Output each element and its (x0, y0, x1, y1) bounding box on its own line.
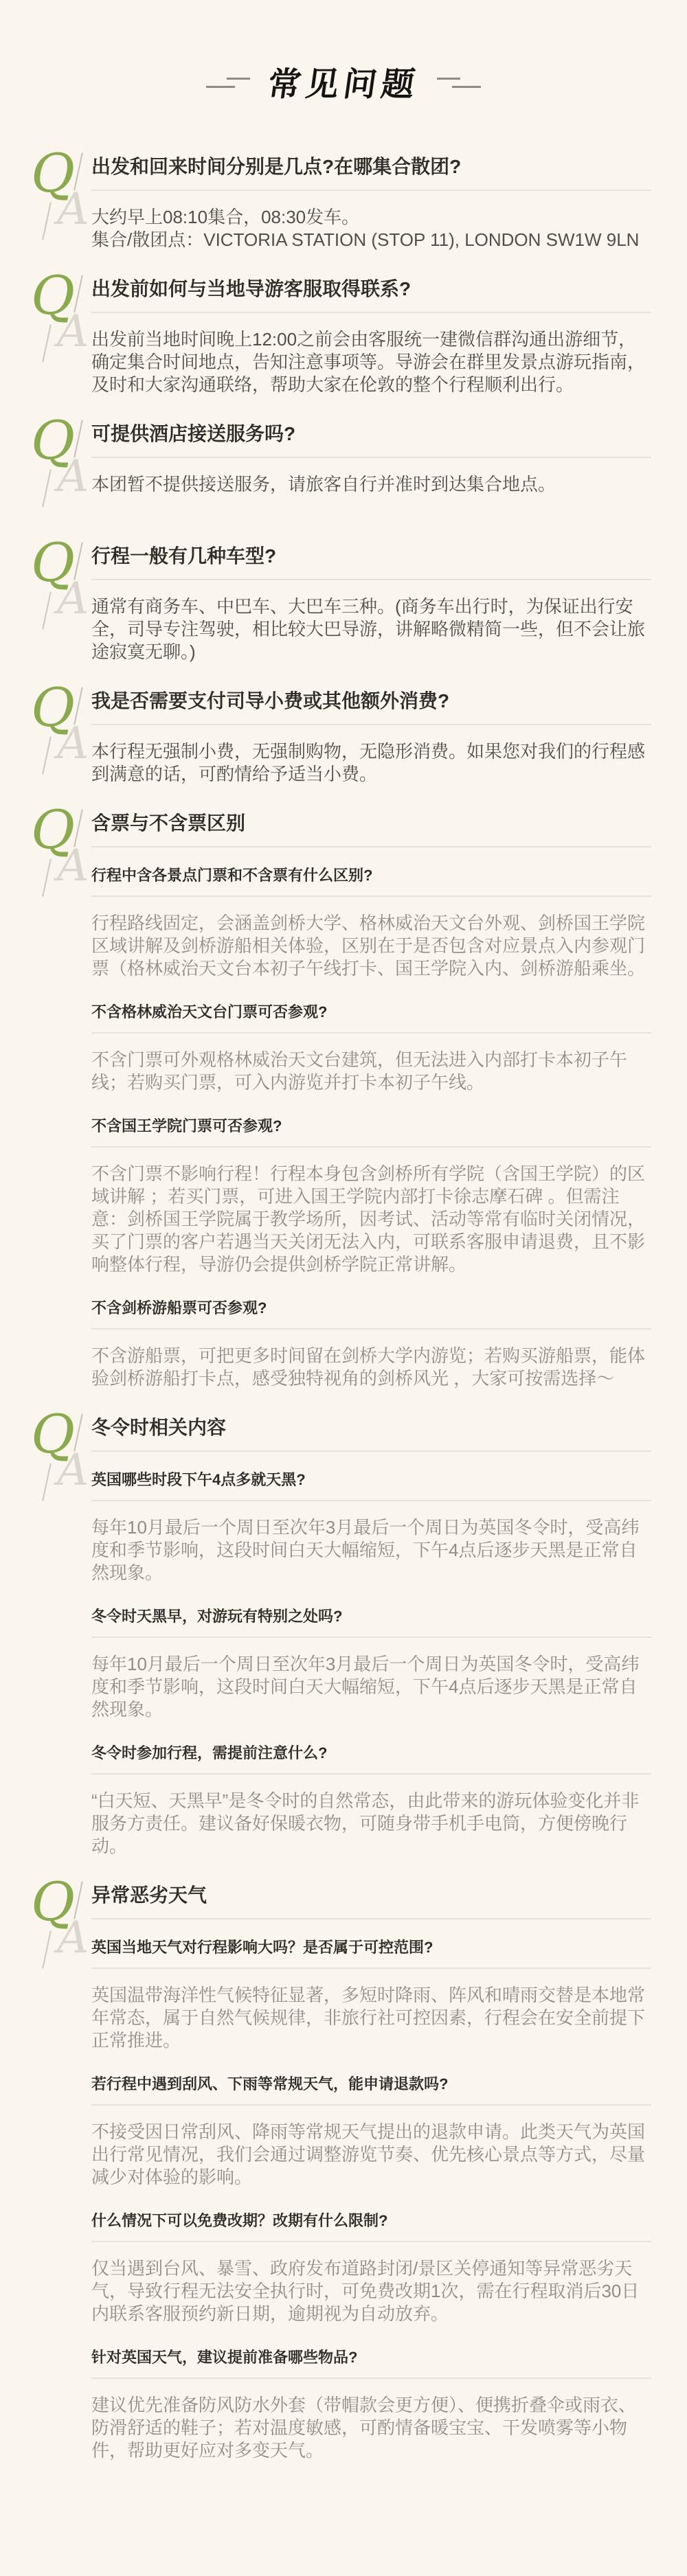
sub-question-title: 针对英国天气，建议提前准备哪些物品? (91, 2347, 651, 2368)
a-glyph: A (57, 187, 89, 231)
answer-paragraph: 大约早上08:10集合，08:30发车。 (91, 206, 651, 229)
faq-page: 常见问题 Q A 出发和回来时间分别是几点?在哪集合散团? 大约早上08:10集… (0, 0, 687, 2576)
sub-qa: 针对英国天气，建议提前准备哪些物品? 建议优先准备防风防水外套（带帽款会更方便）… (91, 2347, 651, 2462)
qa-block: Q A 出发前如何与当地导游客服取得联系? 出发前当地时间晚上12:00之前会由… (0, 277, 687, 396)
qa-body: 我是否需要支付司导小费或其他额外消费? 本行程无强制小费，无强制购物，无隐形消费… (91, 689, 651, 786)
answer-paragraph: “白天短、天黑早”是冬令时的自然常态，由此带来的游玩体验变化并非服务方责任。建议… (91, 1790, 651, 1858)
a-glyph: A (57, 455, 89, 499)
answer-paragraph: 不含门票可外观格林威治天文台建筑，但无法进入内部打卡本初子午线；若购买门票，可入… (91, 1049, 651, 1094)
divider (91, 2104, 651, 2106)
a-glyph: A (57, 1448, 89, 1492)
divider (91, 1918, 651, 1919)
answer-paragraph: 仅当遇到台风、暴雪、政府发布道路封闭/景区关停通知等异常恶劣天气，导致行程无法安… (91, 2257, 651, 2325)
divider (91, 1968, 651, 1969)
dash-line (206, 86, 235, 88)
answer-paragraph: 行程路线固定，会涵盖剑桥大学、格林威治天文台外观、剑桥国王学院区域讲解及剑桥游船… (91, 912, 651, 980)
answer-paragraph: 集合/散团点：VICTORIA STATION (STOP 11), LONDO… (91, 229, 651, 251)
sub-qa: 不含格林威治天文台门票可否参观? 不含门票可外观格林威治天文台建筑，但无法进入内… (91, 1002, 651, 1094)
qa-body: 出发前如何与当地导游客服取得联系? 出发前当地时间晚上12:00之前会由客服统一… (91, 277, 651, 396)
qa-block: Q A 可提供酒店接送服务吗? 本团暂不提供接送服务，请旅客自行并准时到达集合地… (0, 422, 687, 518)
sub-qa: 英国当地天气对行程影响大吗？是否属于可控范围? 英国温带海洋性气候特征显著，多短… (91, 1937, 651, 2052)
question-title: 含票与不含票区别 (91, 812, 651, 835)
divider (91, 846, 651, 847)
divider (91, 724, 651, 725)
qa-monogram: Q A (31, 422, 91, 518)
slash-icon (42, 469, 52, 507)
answer-paragraph: 本行程无强制小费，无强制购物，无隐形消费。如果您对我们的行程感到满意的话，可酌情… (91, 740, 651, 786)
qa-block: Q A 含票与不含票区别 行程中含各景点门票和不含票有什么区别? 行程路线固定，… (0, 812, 687, 1390)
page-header: 常见问题 (0, 0, 687, 107)
qa-monogram: Q A (31, 545, 91, 641)
divider (91, 457, 651, 458)
qa-monogram: Q A (31, 1416, 91, 1512)
sub-question-title: 行程中含各景点门票和不含票有什么区别? (91, 865, 651, 886)
sub-question-title: 英国哪些时段下午4点多就天黑? (91, 1470, 651, 1490)
slash-icon (42, 324, 52, 362)
qa-monogram: Q A (31, 1884, 91, 1980)
title-ornament-left (206, 71, 251, 99)
question-title: 行程一般有几种车型? (91, 545, 651, 568)
qa-body: 行程一般有几种车型? 通常有商务车、中巴车、大巴车三种。(商务车出行时，为保证出… (91, 545, 651, 663)
qa-body: 出发和回来时间分别是几点?在哪集合散团? 大约早上08:10集合，08:30发车… (91, 155, 651, 251)
divider (91, 1637, 651, 1638)
divider (91, 579, 651, 580)
a-glyph: A (57, 310, 89, 354)
qa-block: Q A 我是否需要支付司导小费或其他额外消费? 本行程无强制小费，无强制购物，无… (0, 689, 687, 786)
sub-qa: 行程中含各景点门票和不含票有什么区别? 行程路线固定，会涵盖剑桥大学、格林威治天… (91, 865, 651, 980)
faq-list: Q A 出发和回来时间分别是几点?在哪集合散团? 大约早上08:10集合，08:… (0, 107, 687, 2462)
qa-monogram: Q A (31, 812, 91, 908)
answer-paragraph: 本团暂不提供接送服务，请旅客自行并准时到达集合地点。 (91, 473, 651, 496)
sub-question-title: 英国当地天气对行程影响大吗？是否属于可控范围? (91, 1937, 651, 1958)
qa-body: 可提供酒店接送服务吗? 本团暂不提供接送服务，请旅客自行并准时到达集合地点。 (91, 422, 651, 518)
qa-block: Q A 行程一般有几种车型? 通常有商务车、中巴车、大巴车三种。(商务车出行时，… (0, 545, 687, 663)
answer-paragraph: 不接受因日常刮风、降雨等常规天气提出的退款申请。此类天气为英国出行常见情况，我们… (91, 2121, 651, 2189)
sub-qa: 冬令时天黑早，对游玩有特别之处吗? 每年10月最后一个周日至次年3月最后一个周日… (91, 1606, 651, 1721)
answer-paragraph: 每年10月最后一个周日至次年3月最后一个周日为英国冬令时，受高纬度和季节影响，这… (91, 1653, 651, 1721)
slash-icon (42, 1463, 52, 1501)
sub-question-title: 冬令时参加行程，需提前注意什么? (91, 1743, 651, 1764)
qa-monogram: Q A (31, 277, 91, 374)
answer-paragraph: 每年10月最后一个周日至次年3月最后一个周日为英国冬令时，受高纬度和季节影响，这… (91, 1516, 651, 1584)
question-title: 冬令时相关内容 (91, 1416, 651, 1439)
answer-paragraph: 通常有商务车、中巴车、大巴车三种。(商务车出行时，为保证出行安全，司导专注驾驶，… (91, 595, 651, 663)
question-title: 可提供酒店接送服务吗? (91, 422, 651, 446)
answer-paragraph: 不含门票不影响行程！行程本身包含剑桥所有学院（含国王学院）的区域讲解 ；若买门票… (91, 1163, 651, 1276)
answer-paragraph: 英国温带海洋性气候特征显著，多短时降雨、阵风和晴雨交替是本地常年常态，属于自然气… (91, 1984, 651, 2052)
dash-line (437, 78, 460, 80)
slash-icon (42, 591, 52, 629)
divider (91, 1146, 651, 1148)
question-title: 出发前如何与当地导游客服取得联系? (91, 277, 651, 301)
sub-qa: 不含剑桥游船票可否参观? 不含游船票，可把更多时间留在剑桥大学内游览；若购买游船… (91, 1298, 651, 1390)
sub-question-title: 若行程中遇到刮风、下雨等常规天气，能申请退款吗? (91, 2074, 651, 2095)
divider (91, 1450, 651, 1452)
qa-body: 含票与不含票区别 行程中含各景点门票和不含票有什么区别? 行程路线固定，会涵盖剑… (91, 812, 651, 1390)
a-glyph: A (57, 722, 89, 766)
sub-qa: 冬令时参加行程，需提前注意什么? “白天短、天黑早”是冬令时的自然常态，由此带来… (91, 1743, 651, 1858)
qa-body: 冬令时相关内容 英国哪些时段下午4点多就天黑? 每年10月最后一个周日至次年3月… (91, 1416, 651, 1858)
page-title: 常见问题 (264, 63, 422, 107)
dash-line (227, 78, 250, 80)
slash-icon (42, 1930, 52, 1968)
sub-question-title: 不含格林威治天文台门票可否参观? (91, 1002, 651, 1023)
slash-icon (42, 202, 52, 240)
divider (91, 896, 651, 897)
qa-body: 异常恶劣天气 英国当地天气对行程影响大吗？是否属于可控范围? 英国温带海洋性气候… (91, 1884, 651, 2462)
slash-icon (42, 736, 52, 774)
divider (91, 1500, 651, 1501)
answer-paragraph: 建议优先准备防风防水外套（带帽款会更方便）、便携折叠伞或雨衣、防滑舒适的鞋子；若… (91, 2394, 651, 2462)
answer-paragraph: 不含游船票，可把更多时间留在剑桥大学内游览；若购买游船票，能体验剑桥游船打卡点，… (91, 1345, 651, 1390)
qa-monogram: Q A (31, 689, 91, 786)
sub-question-title: 不含剑桥游船票可否参观? (91, 1298, 651, 1319)
answer-paragraph: 出发前当地时间晚上12:00之前会由客服统一建微信群沟通出游细节，确定集合时间地… (91, 328, 651, 396)
sub-question-title: 冬令时天黑早，对游玩有特别之处吗? (91, 1606, 651, 1627)
divider (91, 2378, 651, 2379)
divider (91, 2241, 651, 2242)
sub-qa: 不含国王学院门票可否参观? 不含门票不影响行程！行程本身包含剑桥所有学院（含国王… (91, 1116, 651, 1276)
divider (91, 1032, 651, 1034)
sub-qa: 什么情况下可以免费改期？改期有什么限制? 仅当遇到台风、暴雪、政府发布道路封闭/… (91, 2211, 651, 2325)
question-title: 异常恶劣天气 (91, 1884, 651, 1907)
divider (91, 1773, 651, 1775)
sub-question-title: 什么情况下可以免费改期？改期有什么限制? (91, 2211, 651, 2231)
sub-question-title: 不含国王学院门票可否参观? (91, 1116, 651, 1137)
qa-block: Q A 出发和回来时间分别是几点?在哪集合散团? 大约早上08:10集合，08:… (0, 155, 687, 251)
title-ornament-right (436, 71, 481, 99)
a-glyph: A (57, 577, 89, 621)
question-title: 我是否需要支付司导小费或其他额外消费? (91, 689, 651, 713)
dash-line (452, 86, 481, 88)
a-glyph: A (57, 844, 89, 888)
divider (91, 312, 651, 313)
question-title: 出发和回来时间分别是几点?在哪集合散团? (91, 155, 651, 179)
divider (91, 1328, 651, 1330)
qa-monogram: Q A (31, 155, 91, 251)
divider (91, 190, 651, 191)
sub-qa: 英国哪些时段下午4点多就天黑? 每年10月最后一个周日至次年3月最后一个周日为英… (91, 1470, 651, 1584)
sub-qa: 若行程中遇到刮风、下雨等常规天气，能申请退款吗? 不接受因日常刮风、降雨等常规天… (91, 2074, 651, 2189)
slash-icon (42, 858, 52, 896)
qa-block: Q A 异常恶劣天气 英国当地天气对行程影响大吗？是否属于可控范围? 英国温带海… (0, 1884, 687, 2462)
a-glyph: A (57, 1916, 89, 1960)
qa-block: Q A 冬令时相关内容 英国哪些时段下午4点多就天黑? 每年10月最后一个周日至… (0, 1416, 687, 1858)
